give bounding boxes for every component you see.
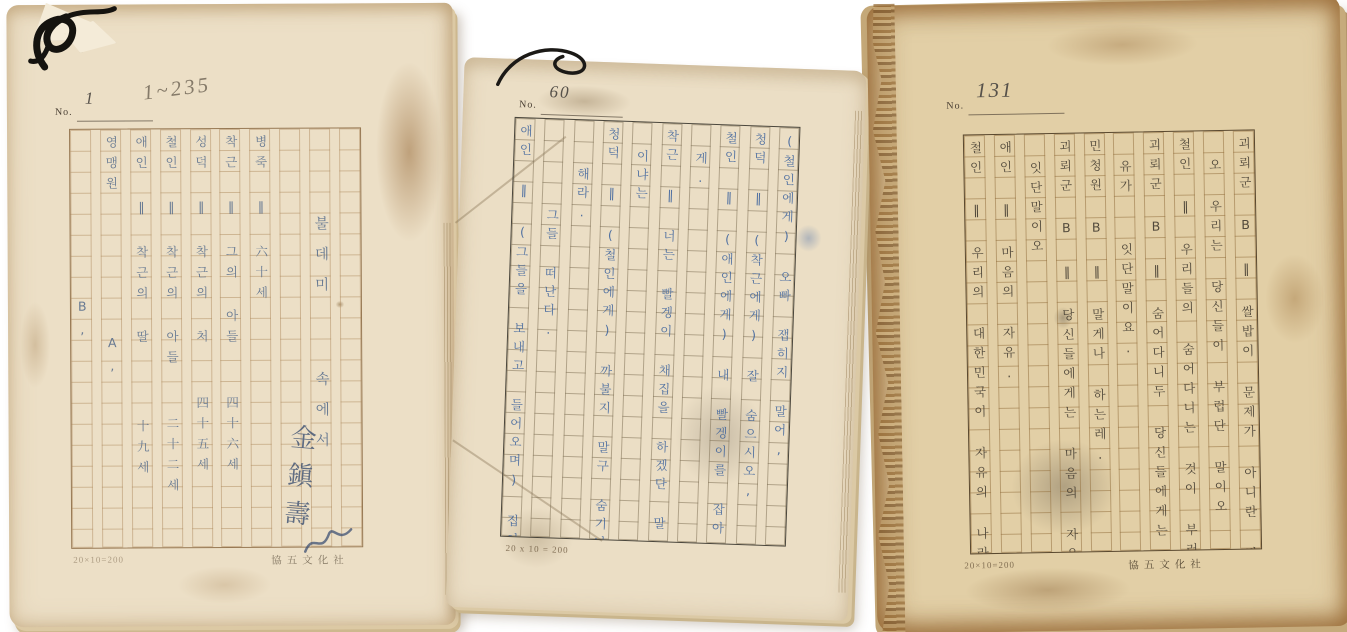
grid-column: 철인 ‖ 우리의 대한민국이 자유의 나라 (964, 135, 992, 553)
page-number-underline (968, 113, 1064, 116)
page-number: 131 (976, 78, 1014, 104)
page-number: 1 (85, 89, 96, 109)
grid-column: 괴뢰군 B ‖ 숨어다니두 당신들에게는 자 (1143, 132, 1171, 550)
handwritten-column-text: 철인 ‖ (애인에게) 내 빨겡이를 잡아 올 (709, 131, 737, 546)
handwritten-column-text: 철인 ‖ 착근의 아들 二十二세 (164, 135, 178, 499)
grid-column: 애인 ‖ 착근의 딸 十九세 (130, 129, 153, 547)
handwritten-column-text: 괴뢰군 B ‖ 당신들에게는 마음의 자유가 (1058, 140, 1078, 555)
grid-column: 해라. (560, 120, 595, 538)
handwritten-column-text: 철인 ‖ 우리의 대한민국이 자유의 나라 (968, 141, 988, 554)
handwritten-column-text: 애인 ‖ 착근의 딸 十九세 (134, 135, 148, 481)
grid-column: 그들 떠난다. (530, 119, 565, 537)
handwritten-column-text: 영맹원 A, (104, 136, 118, 382)
grid-count-label: 20×10=200 (73, 555, 124, 565)
handwritten-column-text: 괴뢰군 B ‖ 숨어다니두 당신들에게는 자 (1147, 138, 1167, 554)
handwritten-column-text: 청덕 ‖ (착근에게) 잘 숨으시오, (741, 132, 766, 504)
page-number-underline (541, 114, 623, 118)
page-stack-edge (838, 111, 863, 593)
stain (362, 27, 455, 277)
stain (1253, 236, 1337, 361)
grid-count-label: 20 x 10 = 200 (505, 543, 568, 555)
handwritten-column-text: 애인 ‖ (그들을 보내고 들어오며) 집이 (504, 124, 531, 547)
handwritten-column-text: 해라. (574, 167, 589, 225)
stain (1017, 14, 1228, 76)
grid-column: 게. (677, 124, 712, 542)
handwritten-column-text: 철인 ‖ 우리들의 숨어다니는 것이 부러워요 (1177, 138, 1198, 555)
manuscript-page-60: No. 60 (철인에게) 오빠 잽히지 말어, 청덕 ‖ (착근에게) 잘 숨… (446, 57, 867, 621)
handwritten-column-text: 성덕 ‖ 착근의 처 四十五세 (194, 135, 208, 478)
handwritten-column-text: 그들 떠난다. (541, 208, 558, 343)
handwritten-column-text: 괴뢰군 B ‖ 쌀밥이 문제가 아니란 말이 (1237, 137, 1257, 555)
handwritten-column-text: (철인에게) 오빠 잽히지 말어, (771, 133, 795, 463)
handwritten-column-text: 이냐는 (634, 149, 648, 205)
grid-column: 애인 ‖ 마음의 자유. (994, 135, 1022, 553)
grid-column: 잇단말이오 (1024, 134, 1052, 552)
grid-column: 청덕 ‖ (철인에게) 까불지 말구 숨기나 잘 (589, 121, 624, 539)
stain (14, 285, 57, 405)
manuscript-cover-page: 1~235 No. 1 불데미 속에서 병죽 ‖ 六十세 착근 ‖ 그의 아들 … (6, 3, 455, 627)
photo-of-three-manuscripts: 1~235 No. 1 불데미 속에서 병죽 ‖ 六十세 착근 ‖ 그의 아들 … (0, 0, 1347, 632)
handwritten-column-text: 오 우리는 당신들이 부럽단 말이오 (1208, 158, 1227, 519)
page-number-underline (77, 120, 153, 121)
page-range-annotation: 1~235 (142, 72, 213, 105)
grid-column: 철인 ‖ 우리들의 숨어다니는 것이 부러워요 (1173, 131, 1201, 549)
grid-column: 철인 ‖ 착근의 아들 二十二세 (160, 129, 183, 547)
grid-count-label: 20×10=200 (964, 560, 1015, 571)
handwritten-column-text: B, (75, 299, 88, 345)
handwritten-column-text: 착근 ‖ 그의 아들 四十六세 (224, 135, 238, 478)
no-label: No. (55, 107, 73, 118)
grid-column: 청덕 ‖ (착근에게) 잘 숨으시오, (736, 126, 771, 544)
grid-column: 괴뢰군 B ‖ 당신들에게는 마음의 자유가 (1053, 134, 1081, 552)
grid-column: 병죽 ‖ 六十세 (249, 129, 272, 547)
no-label: No. (519, 99, 537, 111)
grid-column: 착근 ‖ 너는 빨겡이 채집을 하겠단 말 (648, 123, 683, 541)
grid-column: 성덕 ‖ 착근의 처 四十五세 (190, 129, 213, 547)
handwritten-column-text: 청덕 ‖ (철인에게) 까불지 말구 숨기나 잘 (591, 127, 620, 546)
handwritten-column-text: 게. (693, 151, 707, 191)
manuscript-grid: 괴뢰군 B ‖ 쌀밥이 문제가 아니란 말이 오 우리는 당신들이 부럽단 말이… (963, 129, 1262, 554)
handwritten-column-text: 착근 ‖ 너는 빨겡이 채집을 하겠단 말 (652, 129, 679, 535)
manuscript-page-131: No. 131 괴뢰군 B ‖ 쌀밥이 문제가 아니란 말이 오 우리는 당신들… (867, 0, 1347, 632)
publisher-stamp: 協五文化社 (1128, 556, 1206, 572)
handwritten-column-text: 민청원 B ‖ 말게나 하는레. (1088, 139, 1106, 469)
grid-column: 오 우리는 당신들이 부럽단 말이오 (1203, 131, 1231, 549)
stain (159, 559, 289, 612)
handwritten-column-text: 유가 잇단말이요. (1118, 160, 1134, 363)
manuscript-grid: 불데미 속에서 병죽 ‖ 六十세 착근 ‖ 그의 아들 四十六세 성덕 ‖ 착근… (69, 127, 363, 549)
handwritten-column-text: 병죽 ‖ 六十세 (254, 135, 267, 307)
grid-column: 영맹원 A, (100, 130, 123, 548)
grid-column: 괴뢰군 B ‖ 쌀밥이 문제가 아니란 말이 (1233, 130, 1261, 548)
publisher-stamp: 協五文化社 (271, 552, 349, 567)
no-label: No. (946, 100, 964, 111)
grid-column (339, 128, 362, 546)
grid-column: 착근 ‖ 그의 아들 四十六세 (219, 129, 242, 547)
handwritten-column-text: 애인 ‖ 마음의 자유. (998, 141, 1015, 388)
handwritten-column-text: 잇단말이오 (1028, 161, 1042, 259)
grid-column: 민청원 B ‖ 말게나 하는레. (1083, 133, 1111, 551)
grid-column: 유가 잇단말이요. (1113, 133, 1141, 551)
grid-column: 철인 ‖ (애인에게) 내 빨겡이를 잡아 올 (706, 125, 741, 543)
manuscript-grid: (철인에게) 오빠 잽히지 말어, 청덕 ‖ (착근에게) 잘 숨으시오, 철인… (500, 117, 800, 547)
grid-column: B, (70, 130, 93, 548)
page-number: 60 (549, 82, 571, 103)
grid-column: 이냐는 (618, 122, 653, 540)
grid-column: (철인에게) 오빠 잽히지 말어, (765, 127, 800, 545)
